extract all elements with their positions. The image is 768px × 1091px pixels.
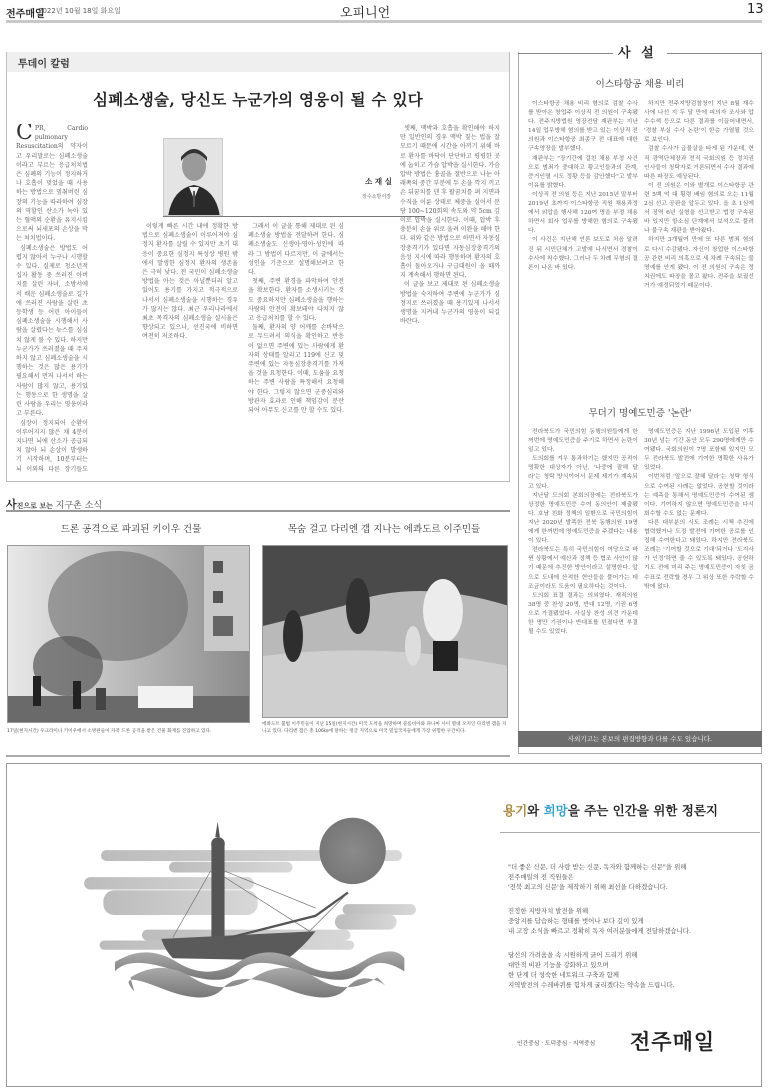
photo-news-bottom-rule — [6, 755, 510, 757]
column-paragraph: 첫째, 주변 환경을 파악하여 안전을 확보한다. 환자를 소생시키는 것도 중… — [248, 277, 344, 323]
photo-title-darien: 목숨 걸고 다리엔 갭 지나는 에콰도르 이주민들 — [258, 521, 510, 535]
masthead: 전주매일 2022년 10월 18일 화요일 오피니언 13 — [0, 0, 768, 24]
editorial-rule-left — [518, 53, 613, 54]
author-role: 장수소방서장 — [362, 193, 391, 200]
today-column-header — [7, 52, 509, 72]
dropcap: C — [16, 124, 33, 142]
editorial-2-col2: 명예도민증은 지난 1996년 도입된 이후 30년 넘는 기간 동안 모두 2… — [644, 428, 754, 716]
pledge-block-3: 당신의 가려움을 속 시원하게 긁어 드리기 위해 대안적 비판 기능을 강화하… — [508, 950, 758, 990]
column-paragraph: 심폐소생술은 방법도 어렵지 않아서 누구나 시행할 수 있다. 실제로 청소년… — [16, 244, 88, 419]
editorial-title-1: 이스타항공 채용 비리 — [518, 76, 762, 90]
masthead-date: 2022년 10월 18일 화요일 — [38, 6, 121, 16]
darien-gap-migrants-image — [263, 546, 508, 718]
column-body-col4: 셋째, 맥박과 호흡을 확인해야 하지만 일반인의 경우 맥박 짚는 법을 잘 … — [400, 124, 500, 474]
editorial-2-col1: 전라북도가 국민의힘 동행의원들에게 한꺼번에 명예도민증을 주기로 하면서 논… — [528, 428, 638, 716]
disclaimer-banner: 사외기고는 본보의 편집방향과 다를 수도 있습니다. — [518, 731, 762, 747]
kyiv-building-fire-image — [8, 546, 250, 723]
ship-illustration — [30, 800, 470, 1040]
editorial-label: 사 설 — [618, 42, 657, 61]
column-paragraph: 그래서 이 글을 통해 제대로 된 심폐소생술 방법을 전달하려 한다. 심폐소… — [248, 222, 344, 277]
photo-news-rule — [6, 510, 510, 512]
promo-motto: 인간중심 · 도덕중심 · 지역중심 — [517, 1038, 595, 1047]
column-body-col3: 그래서 이 글을 통해 제대로 된 심폐소생술 방법을 전달하려 한다. 심폐소… — [248, 222, 344, 474]
column-paragraph: 셋째, 맥박과 호흡을 확인해야 하지만 일반인의 경우 맥박 짚는 법을 잘 … — [400, 124, 500, 280]
photo-caption-kyiv: 17일(현지시간) 우크라이나 키이우에서 소방관들이 자폭 드론 공격을 받은… — [7, 728, 250, 735]
masthead-rule — [6, 20, 762, 23]
photo-kyiv — [7, 545, 250, 723]
paper-logo: 전주매일 — [630, 1026, 715, 1056]
page-number: 13 — [747, 2, 764, 17]
column-paragraph: 이렇게 빠른 시간 내에 정확한 방법으로 심폐소생술이 이루어져야 심정지 환… — [142, 222, 238, 342]
editorial-1-col1: 이스타항공 채용 비리 혐의로 검찰 수사를 받아온 창업주 이상직 전 의원이… — [528, 100, 638, 330]
column-paragraph: 심장이 정지되어 순환이 이루어지지 않은 채 4분이 지나면 뇌에 산소가 공… — [16, 419, 88, 475]
column-body-col2: 이렇게 빠른 시간 내에 정확한 방법으로 심폐소생술이 이루어져야 심정지 환… — [142, 222, 238, 474]
column-paragraph: 이 글을 보고 제대로 된 심폐소생술 방법을 숙지하여 주변에 누군가가 심정… — [400, 280, 500, 326]
pen-ship-icon — [30, 800, 470, 1040]
pledge-block-2: 진정한 지방자치 발전을 위해 중앙지를 답습하는 형태를 벗어나 보다 깊이 … — [508, 906, 758, 936]
portrait-icon — [164, 139, 223, 216]
author-photo — [163, 138, 223, 216]
masthead-section: 오피니언 — [340, 2, 390, 21]
today-column-label: 투데이 칼럼 — [18, 55, 70, 70]
column-paragraph: 둘째, 환자의 양 어깨를 손바닥으로 두드려서 의식을 확인하고 반응이 없으… — [248, 323, 344, 415]
column-paragraph: PR, Cardio pulmonary Resuscitation의 약자이고… — [16, 124, 88, 244]
photo-title-kyiv: 드론 공격으로 파괴된 키이우 건물 — [6, 521, 256, 535]
pledge-block-1: "더 좋은 신문, 더 사랑 받는 신문, 독자와 함께하는 신문"을 위해 전… — [508, 862, 758, 892]
promo-slogan: 용기와 희망을 주는 인간을 위한 정론지 — [503, 801, 718, 819]
photo-darien — [262, 545, 508, 718]
column-headline: 심폐소생술, 당신도 누군가의 영웅이 될 수 있다 — [0, 88, 516, 110]
editorial-title-2: 무더기 명예도민증 '논란' — [518, 405, 762, 419]
slogan-rule — [500, 832, 760, 833]
column-body-col1: C PR, Cardio pulmonary Resuscitation의 약자… — [16, 124, 88, 474]
editorial-rule-right — [667, 53, 762, 54]
author-name: 소 재 실 — [365, 176, 392, 187]
editorial-1-col2: 하지만 전주지방검찰청이 지난 8월 재수사에 나선 지 두 달 만에 피의자 … — [644, 100, 754, 330]
photo-caption-darien: 에콰도르 불법 이주민들이 지난 15일(현지시간) 미국 도착을 희망하며 콜… — [262, 721, 508, 735]
author-divider — [163, 216, 425, 217]
